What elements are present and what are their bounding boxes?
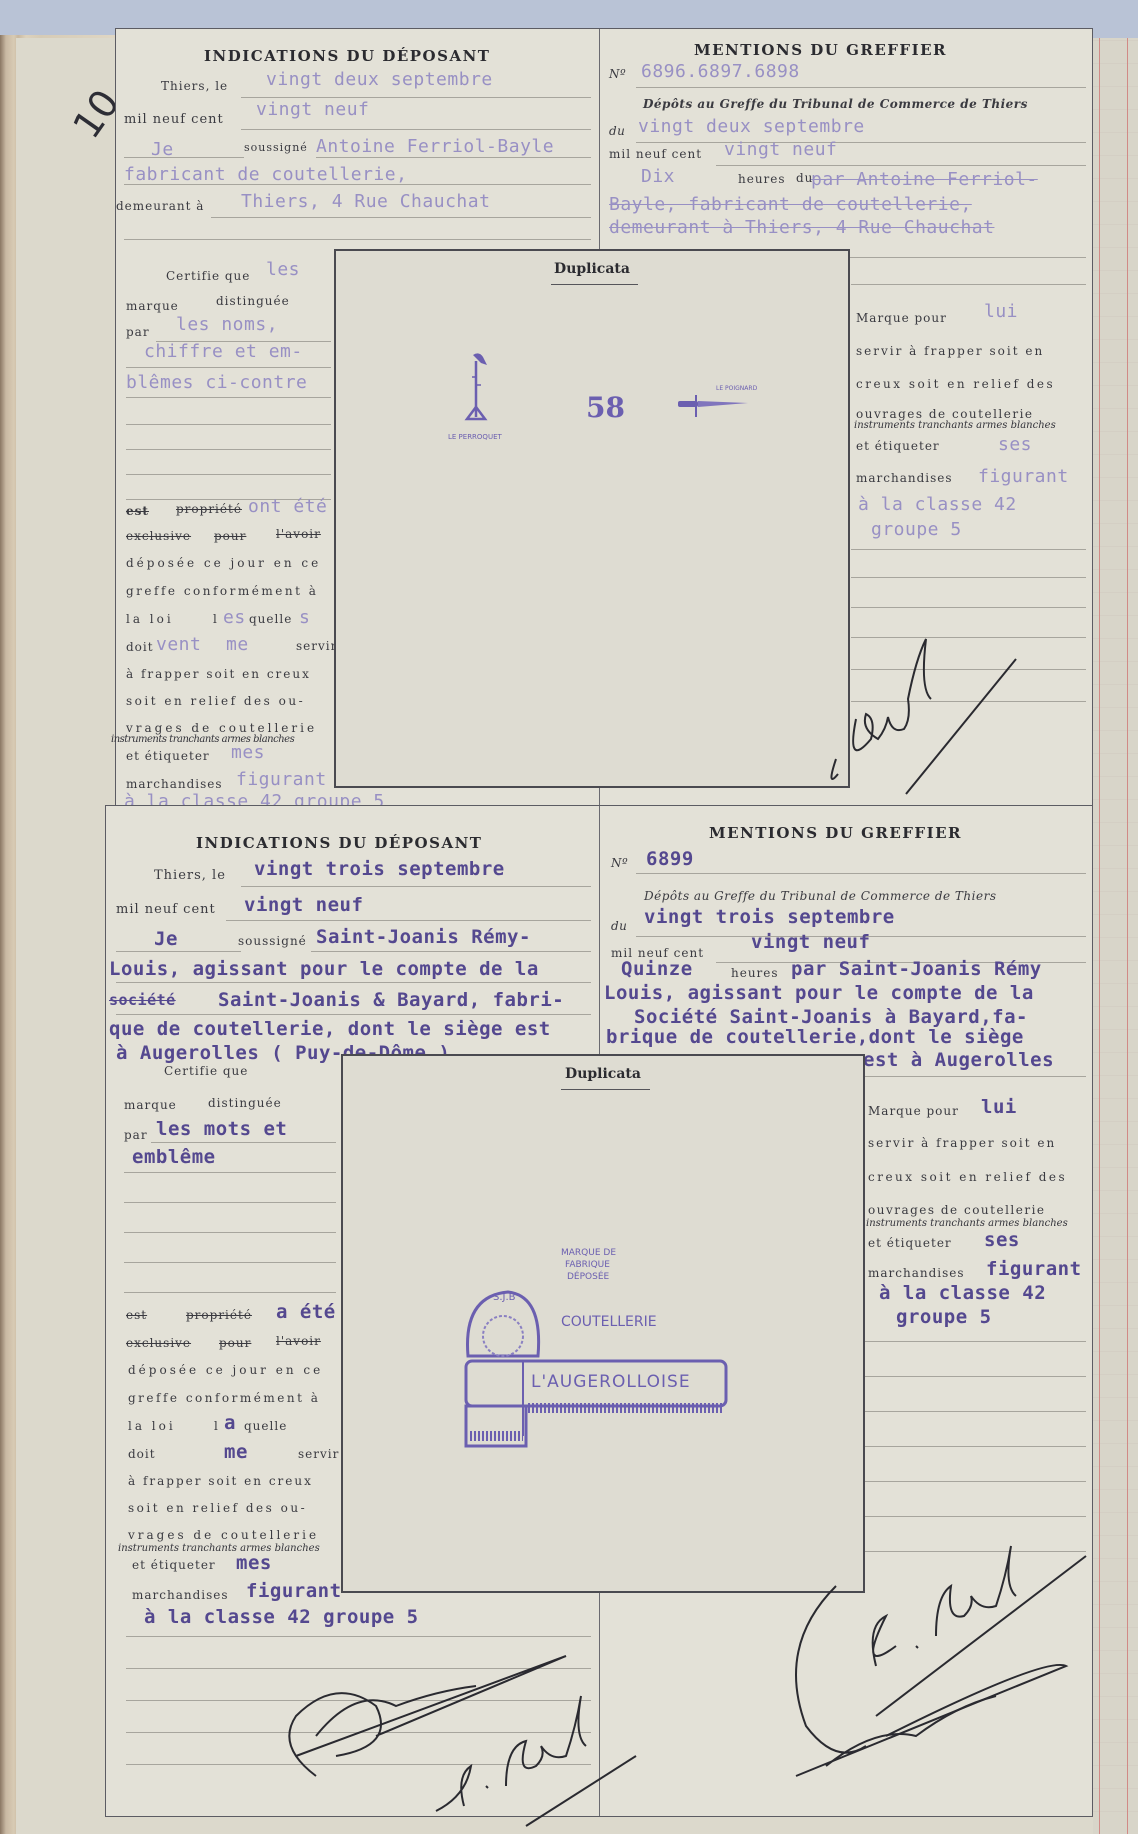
greffier-figurant: figurant — [978, 466, 1069, 487]
mark-caption-dagger: LE POIGNARD — [716, 385, 757, 392]
augerolloise-knife-stamp-icon — [458, 1286, 738, 1456]
stamp-marque-1: MARQUE DE — [561, 1248, 616, 1258]
greffier-par2-3: Société Saint-Joanis à Bayard,fa- — [634, 1006, 1028, 1028]
label-demeurant: demeurant à — [116, 199, 204, 213]
label-distinguee-2: distinguée — [208, 1096, 282, 1110]
label-ouvrages: ouvrages de coutellerie — [856, 407, 1034, 421]
label-l-2: l — [214, 1419, 219, 1433]
deposant-me: me — [226, 634, 249, 655]
label-lavoir-struck-2: l'avoir — [276, 1334, 321, 1348]
deposant-me-2: me — [224, 1441, 248, 1463]
greffier-pour-2: lui — [981, 1096, 1017, 1118]
signature-roch-left — [416, 1686, 636, 1826]
greffier-par2-2: Louis, agissant pour le compte de la — [604, 982, 1034, 1004]
deposant-a-ete: a été — [276, 1301, 336, 1323]
deposant-year: vingt neuf — [256, 99, 369, 120]
deposant-certifie-obj: les — [266, 259, 300, 280]
duplicata-title: Duplicata — [336, 261, 848, 277]
label-marque-pour: Marque pour — [856, 311, 947, 325]
label-deposee-2: déposée ce jour en ce — [128, 1363, 323, 1377]
deposant-address: Thiers, 4 Rue Chauchat — [241, 191, 490, 212]
deposant-par-3: blêmes ci-contre — [126, 372, 307, 393]
greffier-du-2: vingt trois septembre — [644, 906, 895, 928]
label-depots-2: Dépôts au Greffe du Tribunal de Commerce… — [644, 889, 997, 903]
parrot-perch-mark-icon — [461, 351, 501, 431]
deposant-name2-4: que de coutellerie, dont le siège est — [109, 1018, 551, 1040]
signature-roch-1 — [816, 599, 1036, 799]
label-thiers-le: Thiers, le — [161, 79, 228, 93]
greffier-par-1: par Antoine Ferriol- — [811, 169, 1038, 190]
label-marchandises-4: marchandises — [868, 1266, 965, 1280]
label-propriete-struck-2: propriété — [186, 1308, 252, 1322]
deposant-figurant: figurant — [236, 769, 327, 790]
label-creux-soit: creux soit en relief des — [856, 377, 1055, 391]
label-certifie-2: Certifie que — [164, 1064, 248, 1078]
deposant-loi-suffix: es — [223, 607, 246, 628]
label-ouvrages-2: ouvrages de coutellerie — [868, 1203, 1046, 1217]
greffier-heure-2: Quinze — [621, 958, 693, 980]
greffier-year-2: vingt neuf — [751, 931, 870, 953]
greffier-ses-2: ses — [984, 1229, 1020, 1251]
label-pour-struck: pour — [214, 529, 246, 543]
label-thiers-le-2: Thiers, le — [154, 868, 226, 883]
deposant-doit-suffix: vent — [156, 634, 201, 655]
label-du-2: du — [611, 919, 627, 933]
duplicata-box-1: Duplicata LE PERROQUET 58 LE POIGNARD — [334, 249, 850, 788]
handwritten-insert-4: instruments tranchants armes blanches — [866, 1218, 1068, 1229]
label-et-etiqueter-2: et étiqueter — [856, 439, 940, 453]
deposit-form-1: INDICATIONS DU DÉPOSANT Thiers, le vingt… — [115, 28, 1093, 806]
label-servir: servir — [296, 639, 337, 653]
label-mil-neuf-cent-3: mil neuf cent — [116, 902, 216, 917]
label-marchandises-3: marchandises — [132, 1588, 229, 1602]
label-est-struck: est — [126, 504, 149, 518]
dagger-mark-icon — [676, 391, 756, 421]
duplicata-box-2: Duplicata MARQUE DE FABRIQUE DÉPOSÉE COU… — [341, 1054, 865, 1593]
label-propriete-struck: propriété — [176, 502, 242, 516]
signature-castreani-right — [766, 1566, 1086, 1806]
label-et-etiqueter: et étiqueter — [126, 749, 210, 763]
label-la-loi: la loi — [126, 612, 174, 626]
ledger-margin — [1093, 38, 1138, 1834]
greffier-figurant-2: figurant — [986, 1258, 1082, 1280]
deposant-name-1: Antoine Ferriol-Bayle — [316, 136, 554, 157]
greffier-heading-2: MENTIONS DU GREFFIER — [709, 824, 962, 842]
deposant-name2-2: Louis, agissant pour le compte de la — [109, 958, 539, 980]
deposant-name2-1: Saint-Joanis Rémy- — [316, 926, 531, 948]
label-servir-a-frapper-2: servir à frapper soit en — [868, 1136, 1056, 1150]
greffier-par2-4: brique de coutellerie,dont le siège — [606, 1026, 1024, 1048]
label-servir-2: servir — [298, 1447, 339, 1461]
label-doit: doit — [126, 640, 154, 654]
label-marchandises-2: marchandises — [856, 471, 953, 485]
label-depots: Dépôts au Greffe du Tribunal de Commerce… — [643, 97, 1028, 111]
deposant-par-2: chiffre et em- — [144, 341, 303, 362]
label-vrages-2: vrages de coutellerie — [128, 1528, 319, 1542]
handwritten-insert-3: instruments tranchants armes blanches — [118, 1543, 320, 1554]
deposant-par2-1: les mots et — [156, 1118, 287, 1140]
label-la-loi-2: la loi — [128, 1419, 176, 1433]
label-marque-pour-2: Marque pour — [868, 1104, 959, 1118]
greffier-classe-1: à la classe 42 — [858, 494, 1017, 515]
label-creux-soit-2: creux soit en relief des — [868, 1170, 1067, 1184]
stamp-brand: L'AUGEROLLOISE — [531, 1372, 691, 1392]
greffier-du: vingt deux septembre — [638, 116, 865, 137]
label-a-frapper-2: à frapper soit en creux — [128, 1474, 313, 1488]
deposit-form-2: INDICATIONS DU DÉPOSANT Thiers, le vingt… — [105, 805, 1093, 1817]
label-certifie: Certifie que — [166, 269, 250, 283]
greffier-classe2-1: à la classe 42 — [879, 1282, 1046, 1304]
deposant-date: vingt deux septembre — [266, 69, 493, 90]
label-soussigne: soussigné — [244, 141, 308, 154]
deposant-loi-suffix-2: a — [224, 1412, 236, 1434]
label-distinguee: distinguée — [216, 294, 290, 308]
label-soussigne-2: soussigné — [238, 934, 307, 948]
greffier-pour: lui — [984, 301, 1018, 322]
label-quelle: quelle — [249, 612, 292, 626]
deposant-loi-suffix-s: s — [299, 607, 310, 628]
deposant-classe-2: à la classe 42 groupe 5 — [144, 1606, 419, 1628]
label-soit-relief: soit en relief des ou- — [126, 694, 305, 708]
label-exclusive-struck: exclusive — [126, 529, 191, 543]
label-marque: marque — [126, 299, 179, 313]
label-et-etiqueter-4: et étiqueter — [868, 1236, 952, 1250]
deposant-figurant-2: figurant — [246, 1580, 342, 1602]
label-par: par — [126, 325, 150, 339]
label-mil-neuf-cent-2: mil neuf cent — [609, 147, 702, 161]
label-heures-2: heures — [731, 966, 779, 980]
greffier-classe2-2: groupe 5 — [896, 1306, 992, 1328]
greffier-par2-5: est à Augerolles — [863, 1049, 1054, 1071]
label-par-2: par — [124, 1128, 148, 1142]
label-lavoir-struck: l'avoir — [276, 527, 321, 541]
deposant-date-2: vingt trois septembre — [254, 858, 505, 880]
label-du: du — [609, 124, 625, 138]
mark-number: 58 — [586, 391, 625, 424]
label-doit-2: doit — [128, 1447, 156, 1461]
greffier-par-2: Bayle, fabricant de coutellerie, — [609, 194, 972, 215]
greffier-ses: ses — [998, 434, 1032, 455]
label-exclusive-struck-2: exclusive — [126, 1336, 191, 1350]
handwritten-insert: instruments tranchants armes blanches — [111, 734, 294, 745]
mark-caption-perroquet: LE PERROQUET — [448, 433, 502, 441]
greffier-par2-1: par Saint-Joanis Rémy — [791, 958, 1042, 980]
label-vrages: vrages de coutellerie — [126, 721, 317, 735]
label-l: l — [213, 612, 218, 626]
greffier-heure: Dix — [641, 166, 675, 187]
label-marchandises: marchandises — [126, 777, 223, 791]
stamp-marque-2: FABRIQUE — [565, 1260, 610, 1270]
deposant-year-2: vingt neuf — [244, 894, 363, 916]
deposant-name2-3: Saint-Joanis & Bayard, fabri- — [218, 989, 564, 1011]
label-marque-2: marque — [124, 1098, 177, 1112]
label-greffe-2: greffe conformément à — [128, 1391, 320, 1405]
duplicata-title-2: Duplicata — [343, 1066, 863, 1082]
deposant-ont-ete: ont été — [248, 496, 327, 517]
stamp-initials: S.J.B — [493, 1292, 516, 1303]
greffier-classe-2: groupe 5 — [871, 519, 962, 540]
label-servir-a-frapper: servir à frapper soit en — [856, 344, 1044, 358]
label-soit-relief-2: soit en relief des ou- — [128, 1501, 307, 1515]
stamp-marque-3: DÉPOSÉE — [567, 1272, 609, 1282]
label-deposee: déposée ce jour en ce — [126, 556, 321, 570]
greffier-heading: MENTIONS DU GREFFIER — [694, 41, 947, 59]
label-est-struck-2: est — [126, 1308, 147, 1322]
label-heures: heures — [738, 172, 786, 186]
greffier-year: vingt neuf — [724, 139, 837, 160]
deposant-heading-2: INDICATIONS DU DÉPOSANT — [196, 834, 482, 852]
deposant-mes-2: mes — [236, 1552, 272, 1574]
deposant-par-1: les noms, — [176, 314, 278, 335]
deposant-name-2: fabricant de coutellerie, — [124, 164, 407, 185]
greffier-numero: 6896.6897.6898 — [641, 61, 800, 82]
label-numero: Nº — [609, 67, 626, 81]
deposant-societe-struck: société — [109, 991, 176, 1009]
handwritten-insert-2: instruments tranchants armes blanches — [854, 420, 1056, 431]
deposant-par2-2: emblême — [132, 1146, 216, 1168]
deposant-je-2: Je — [154, 928, 178, 950]
greffier-numero-2: 6899 — [646, 848, 694, 870]
deposant-mes: mes — [231, 742, 265, 763]
label-et-etiqueter-3: et étiqueter — [132, 1558, 216, 1572]
label-a-frapper: à frapper soit en creux — [126, 667, 311, 681]
greffier-par-3: demeurant à Thiers, 4 Rue Chauchat — [609, 217, 994, 238]
label-quelle-2: quelle — [244, 1419, 287, 1433]
label-mil-neuf-cent: mil neuf cent — [124, 112, 224, 127]
label-numero-2: Nº — [611, 856, 628, 870]
deposant-heading: INDICATIONS DU DÉPOSANT — [204, 47, 490, 65]
label-pour-struck-2: pour — [219, 1336, 251, 1350]
label-greffe: greffe conformément à — [126, 584, 318, 598]
